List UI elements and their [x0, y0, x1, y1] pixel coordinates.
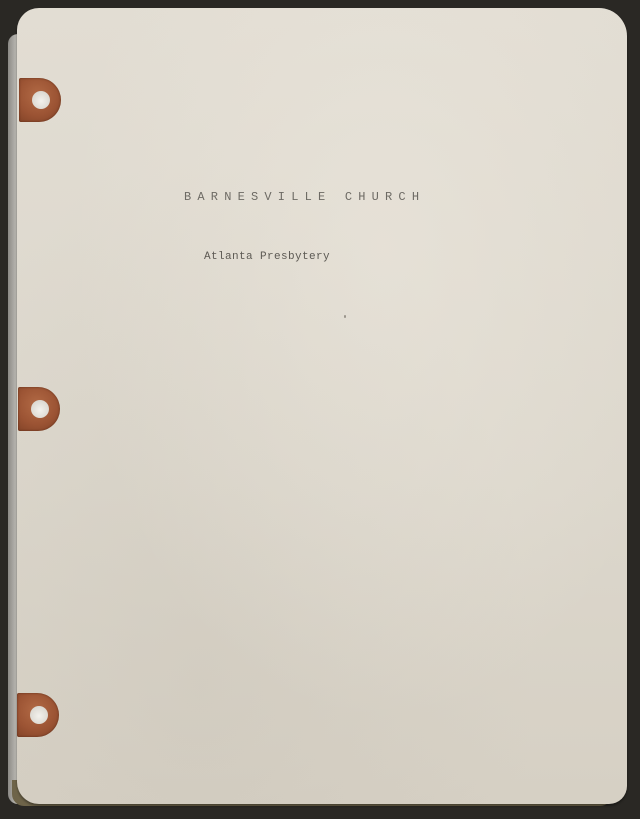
eyelet-hole: [30, 706, 48, 724]
eyelet-hole: [32, 91, 50, 109]
paper-speck: [344, 315, 346, 318]
top-eyelet-icon: [19, 78, 61, 122]
document-subtitle: Atlanta Presbytery: [204, 251, 330, 263]
middle-eyelet-icon: [18, 387, 60, 431]
cover-page: [17, 8, 627, 804]
document-title: BARNESVILLE CHURCH: [184, 190, 425, 204]
eyelet-hole: [31, 400, 49, 418]
bottom-eyelet-icon: [17, 693, 59, 737]
